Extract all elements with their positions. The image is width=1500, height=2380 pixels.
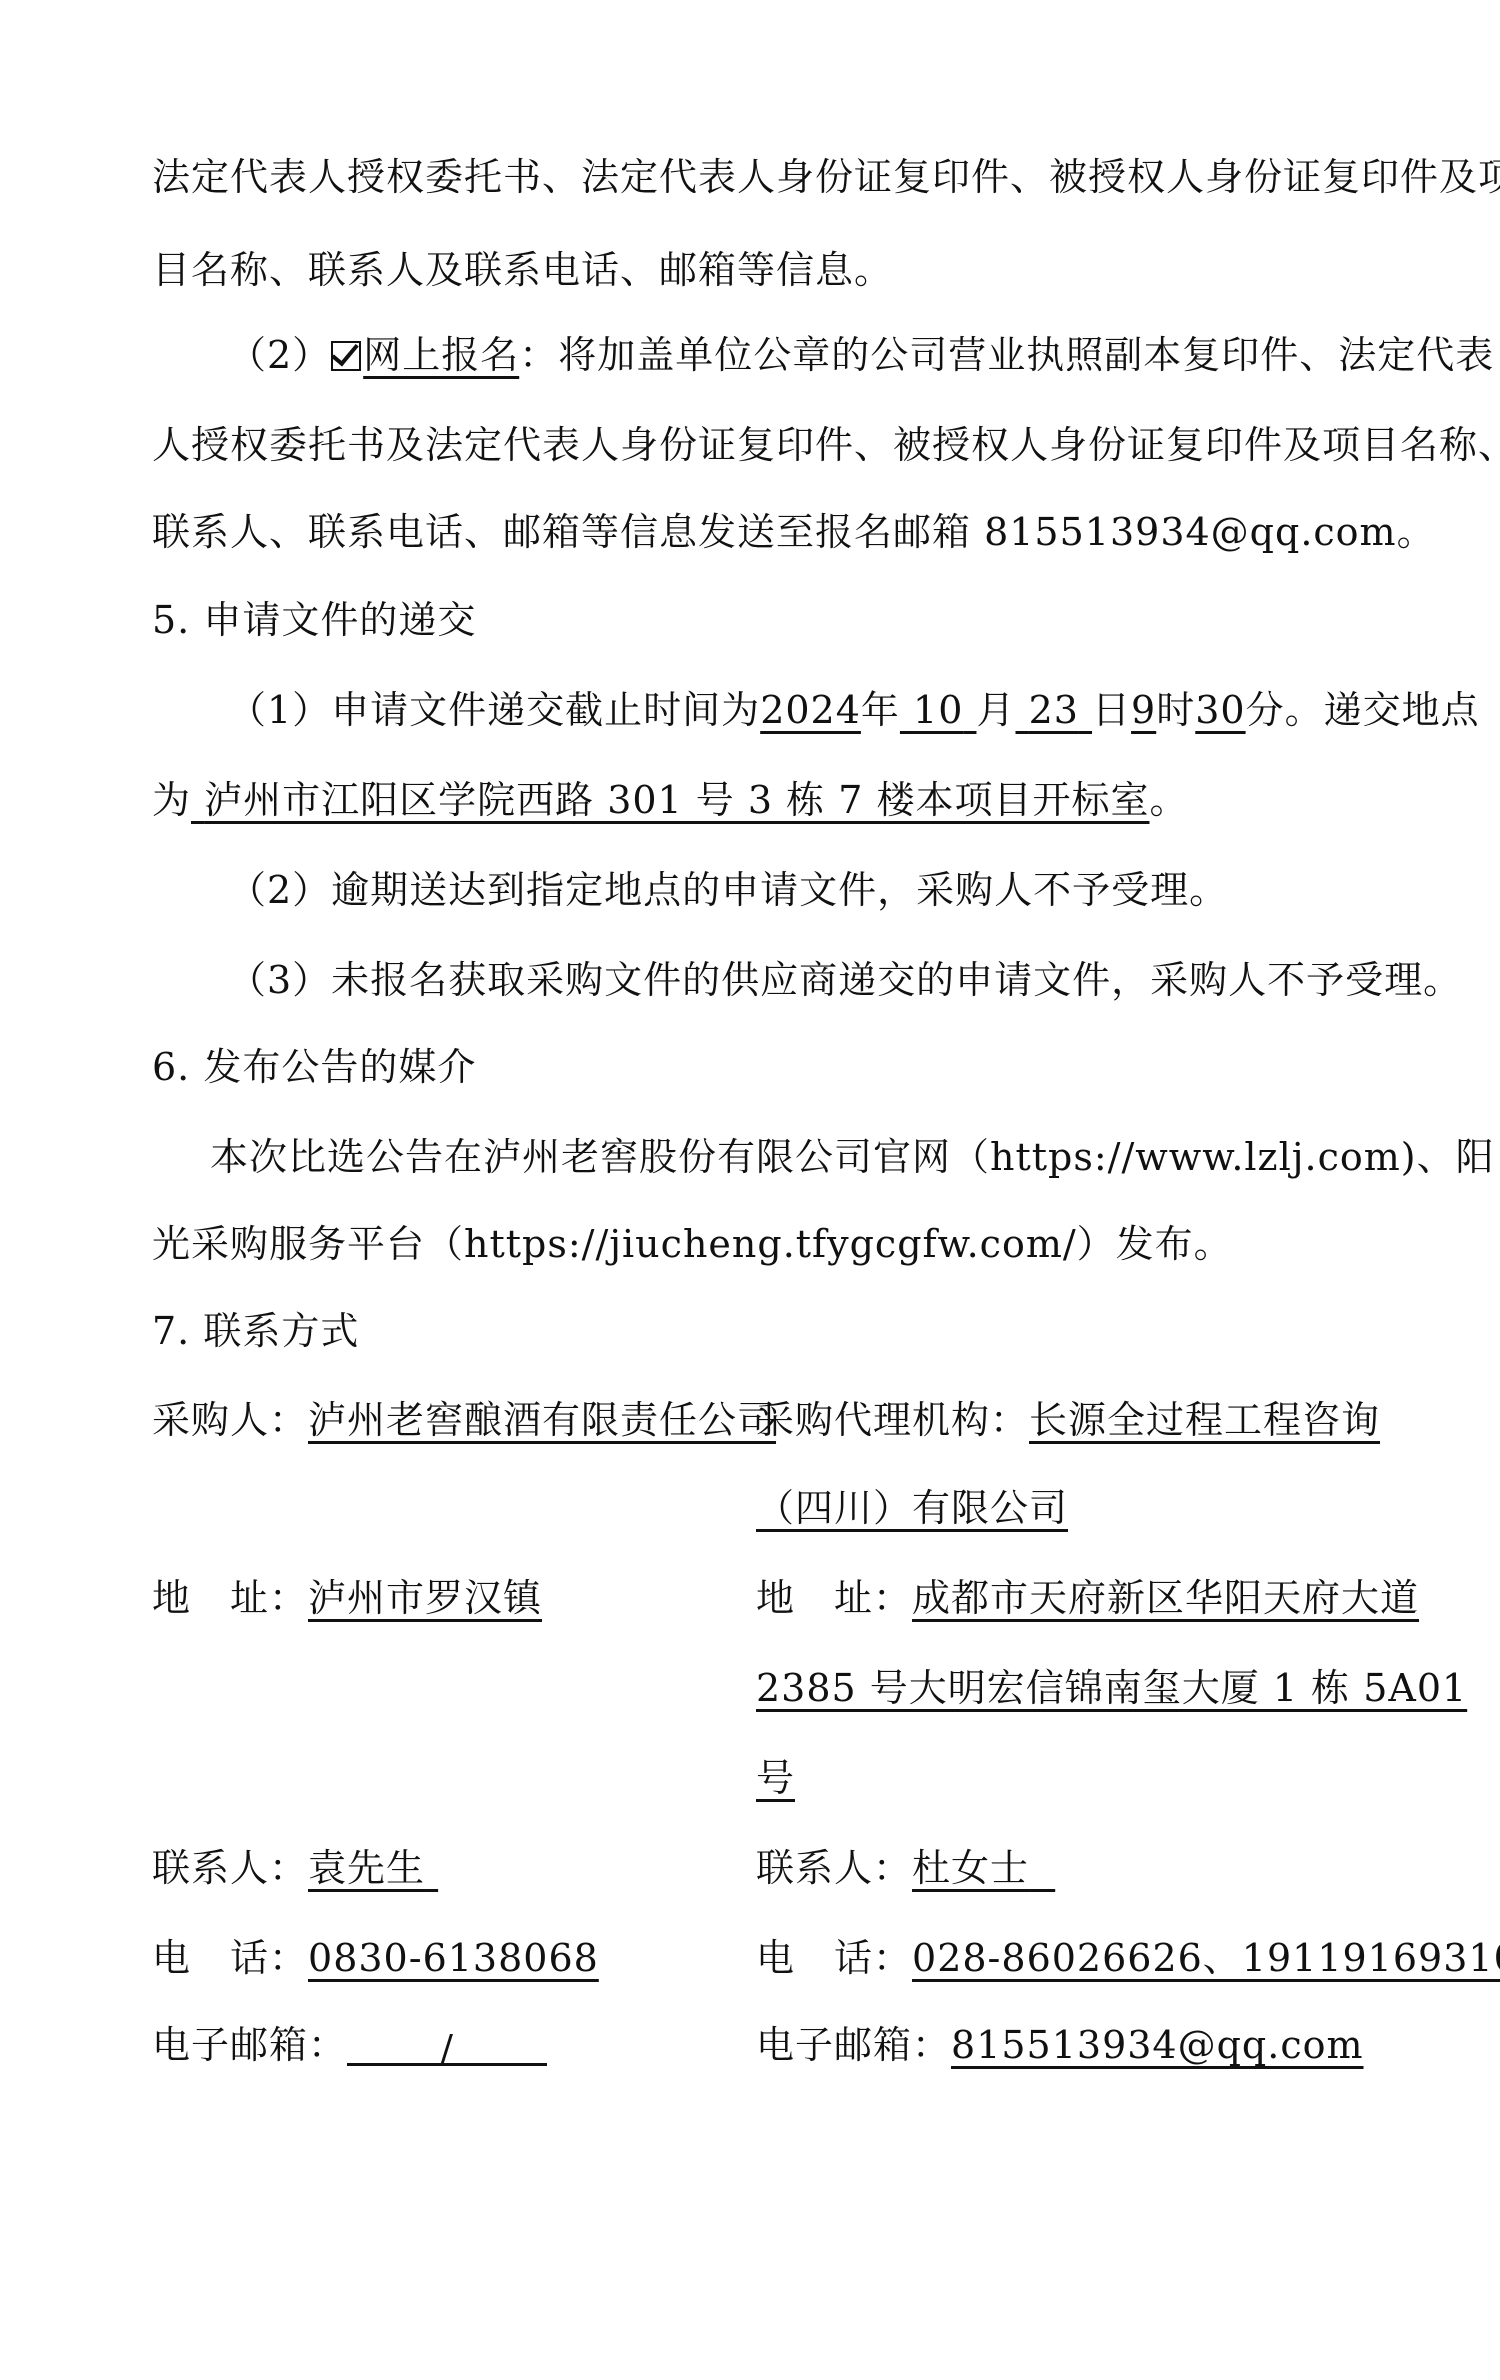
purchaser-label: 采购人： <box>152 1398 308 1442</box>
location-prefix: 为 <box>152 778 191 822</box>
unit-year: 年 <box>861 688 900 732</box>
address-label: 地 址： <box>756 1576 912 1620</box>
purchaser-phone-row: 电 话：0830-6138068 <box>152 1928 712 1988</box>
deadline-line: （1）申请文件递交截止时间为2024年 10 月 23 日9时30分。递交地点 <box>228 680 1408 740</box>
online-registration-line: （2）网上报名：将加盖单位公章的公司营业执照副本复印件、法定代表 <box>228 325 1408 385</box>
paragraph-line: 联系人、联系电话、邮箱等信息发送至报名邮箱 815513934@qq.com。 <box>152 502 1332 562</box>
agency-contact-row: 联系人：杜女士 <box>756 1838 1336 1898</box>
section-heading-6: 6. 发布公告的媒介 <box>152 1037 1332 1097</box>
agency-address-line1: 成都市天府新区华阳天府大道 <box>912 1576 1419 1620</box>
media-line: 光采购服务平台（https://jiucheng.tfygcgfw.com/）发… <box>152 1214 1332 1274</box>
agency-name-row-2: （四川）有限公司 <box>756 1478 1336 1538</box>
agency-address-line3: 号 <box>756 1756 795 1800</box>
agency-name-row: 采购代理机构：长源全过程工程咨询 <box>756 1390 1336 1450</box>
agency-address-row-2: 2385 号大明宏信锦南玺大厦 1 栋 5A01 <box>756 1658 1336 1718</box>
unit-minute: 分。递交地点 <box>1246 688 1480 732</box>
online-registration-label: 网上报名 <box>363 333 519 377</box>
unit-month: 月 <box>976 688 1015 732</box>
deadline-year: 2024 <box>760 688 861 732</box>
purchaser-contact-row: 联系人：袁先生 <box>152 1838 712 1898</box>
media-line: 本次比选公告在泸州老窖股份有限公司官网（https://www.lzlj.com… <box>210 1127 1390 1187</box>
purchaser-address-row: 地 址：泸州市罗汉镇 <box>152 1568 712 1628</box>
item-unregistered-submission: （3）未报名获取采购文件的供应商递交的申请文件，采购人不予受理。 <box>228 950 1408 1010</box>
contact-label: 联系人： <box>756 1846 912 1890</box>
paragraph-line: 目名称、联系人及联系电话、邮箱等信息。 <box>152 240 1332 300</box>
document-page: 法定代表人授权委托书、法定代表人身份证复印件、被授权人身份证复印件及项 目名称、… <box>0 0 1500 2380</box>
purchaser-name: 泸州老窖酿酒有限责任公司 <box>308 1398 776 1442</box>
agency-email[interactable]: 815513934@qq.com <box>951 2023 1364 2067</box>
location-suffix: 。 <box>1149 778 1188 822</box>
purchaser-email-row: 电子邮箱：/ <box>152 2015 712 2075</box>
paragraph-line: 人授权委托书及法定代表人身份证复印件、被授权人身份证复印件及项目名称、 <box>152 415 1332 475</box>
agency-address-row: 地 址：成都市天府新区华阳天府大道 <box>756 1568 1336 1628</box>
email-label: 电子邮箱： <box>756 2023 951 2067</box>
phone-label: 电 话： <box>756 1936 912 1980</box>
item-number: （2） <box>228 333 331 377</box>
deadline-month: 10 <box>900 688 977 732</box>
deadline-day: 23 <box>1015 688 1092 732</box>
location-line: 为 泸州市江阳区学院西路 301 号 3 栋 7 楼本项目开标室。 <box>152 770 1332 830</box>
email-label: 电子邮箱： <box>152 2023 347 2067</box>
purchaser-email: / <box>347 2019 547 2066</box>
agency-address-line2: 2385 号大明宏信锦南玺大厦 1 栋 5A01 <box>756 1666 1467 1710</box>
deadline-prefix: （1）申请文件递交截止时间为 <box>228 688 760 732</box>
agency-name-line1: 长源全过程工程咨询 <box>1029 1398 1380 1442</box>
unit-day: 日 <box>1092 688 1131 732</box>
checked-checkbox-icon[interactable] <box>331 341 361 371</box>
agency-contact: 杜女士 <box>912 1846 1055 1890</box>
agency-phone: 028-86026626、19119169310 <box>912 1936 1500 1980</box>
paragraph-text: ：将加盖单位公章的公司营业执照副本复印件、法定代表 <box>519 333 1494 377</box>
purchaser-contact: 袁先生 <box>308 1846 438 1890</box>
online-registration-option[interactable]: 网上报名 <box>331 333 519 377</box>
section-heading-5: 5. 申请文件的递交 <box>152 590 1332 650</box>
phone-label: 电 话： <box>152 1936 308 1980</box>
purchaser-phone: 0830-6138068 <box>308 1936 599 1980</box>
agency-phone-row: 电 话：028-86026626、19119169310 <box>756 1928 1336 1988</box>
purchaser-address: 泸州市罗汉镇 <box>308 1576 542 1620</box>
deadline-hour: 9 <box>1131 688 1156 732</box>
purchaser-name-row: 采购人：泸州老窖酿酒有限责任公司 <box>152 1390 712 1450</box>
agency-email-row: 电子邮箱：815513934@qq.com <box>756 2015 1336 2075</box>
contact-label: 联系人： <box>152 1846 308 1890</box>
item-late-submission: （2）逾期送达到指定地点的申请文件，采购人不予受理。 <box>228 860 1408 920</box>
deadline-minute: 30 <box>1195 688 1245 732</box>
section-heading-7: 7. 联系方式 <box>152 1301 1332 1361</box>
submission-location: 泸州市江阳区学院西路 301 号 3 栋 7 楼本项目开标室 <box>191 778 1149 822</box>
agency-name-line2: （四川）有限公司 <box>756 1486 1068 1530</box>
address-label: 地 址： <box>152 1576 308 1620</box>
paragraph-line: 法定代表人授权委托书、法定代表人身份证复印件、被授权人身份证复印件及项 <box>152 147 1332 207</box>
agency-address-row-3: 号 <box>756 1748 1336 1808</box>
unit-hour: 时 <box>1156 688 1195 732</box>
agency-label: 采购代理机构： <box>756 1398 1029 1442</box>
